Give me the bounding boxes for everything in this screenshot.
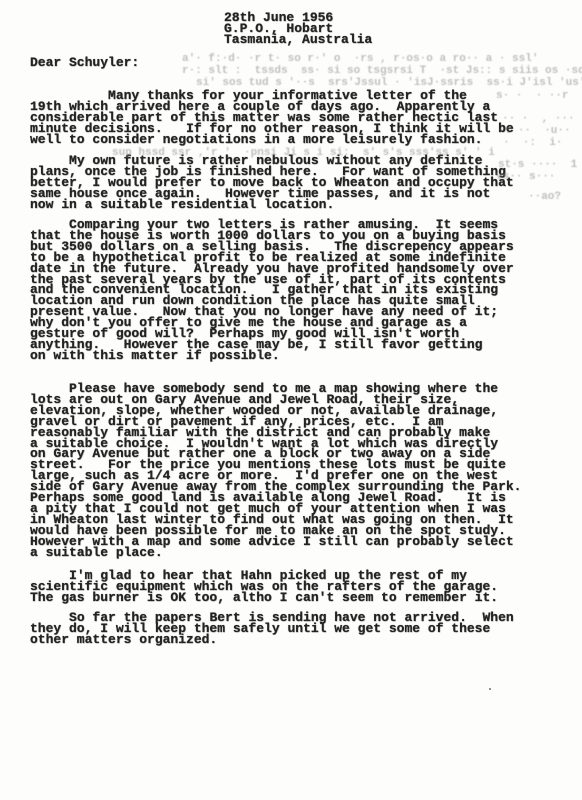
bleedthrough-text: · ·: i· [503, 138, 562, 149]
paragraph-house-value: Comparing your two letters is rather amu… [30, 220, 540, 362]
letter-page: 28th June 1956 G.P.O., Hobart Tasmania, … [0, 0, 582, 800]
paragraph-future-plans: My own future is rather nebulous without… [30, 156, 540, 211]
bleedthrough-text: s· · · ··r [496, 91, 569, 102]
paragraph-map-request: Please have somebody send to me a map sh… [30, 384, 540, 559]
bleedthrough-text: si' sos tud s '··s srs'Jssul · 'isJ·ssri… [196, 78, 582, 89]
bleedthrough-text: ·: ·· ·u·· [498, 126, 571, 137]
ink-speck [489, 688, 491, 690]
bleedthrough-text: a'· f:·d· ·r t· so r·' o ·rs , r·os·o a … [182, 54, 538, 65]
paragraph-papers: So far the papers Bert is sending have n… [30, 613, 540, 646]
bleedthrough-text: vs·· s··· [496, 172, 555, 183]
dateline: 28th June 1956 G.P.O., Hobart Tasmania, … [224, 13, 544, 46]
bleedthrough-text: ··ao? [528, 192, 561, 203]
bleedthrough-text: ·· · , ··· [502, 114, 575, 125]
bleedthrough-text: sup hssd ssr ,'r ' ·pnsi Ji s i si: s' s… [112, 148, 495, 159]
bleedthrough-text: st·s ···· 1 [498, 160, 577, 171]
bleedthrough-text: r·: slt : tssds ss· si so tsgsrsi T ·st … [182, 66, 582, 77]
paragraph-equipment: I'm glad to hear that Hahn picked up the… [30, 571, 540, 604]
ink-speck [445, 338, 450, 340]
paragraph-opening: Many thanks for your informative letter … [30, 91, 540, 146]
